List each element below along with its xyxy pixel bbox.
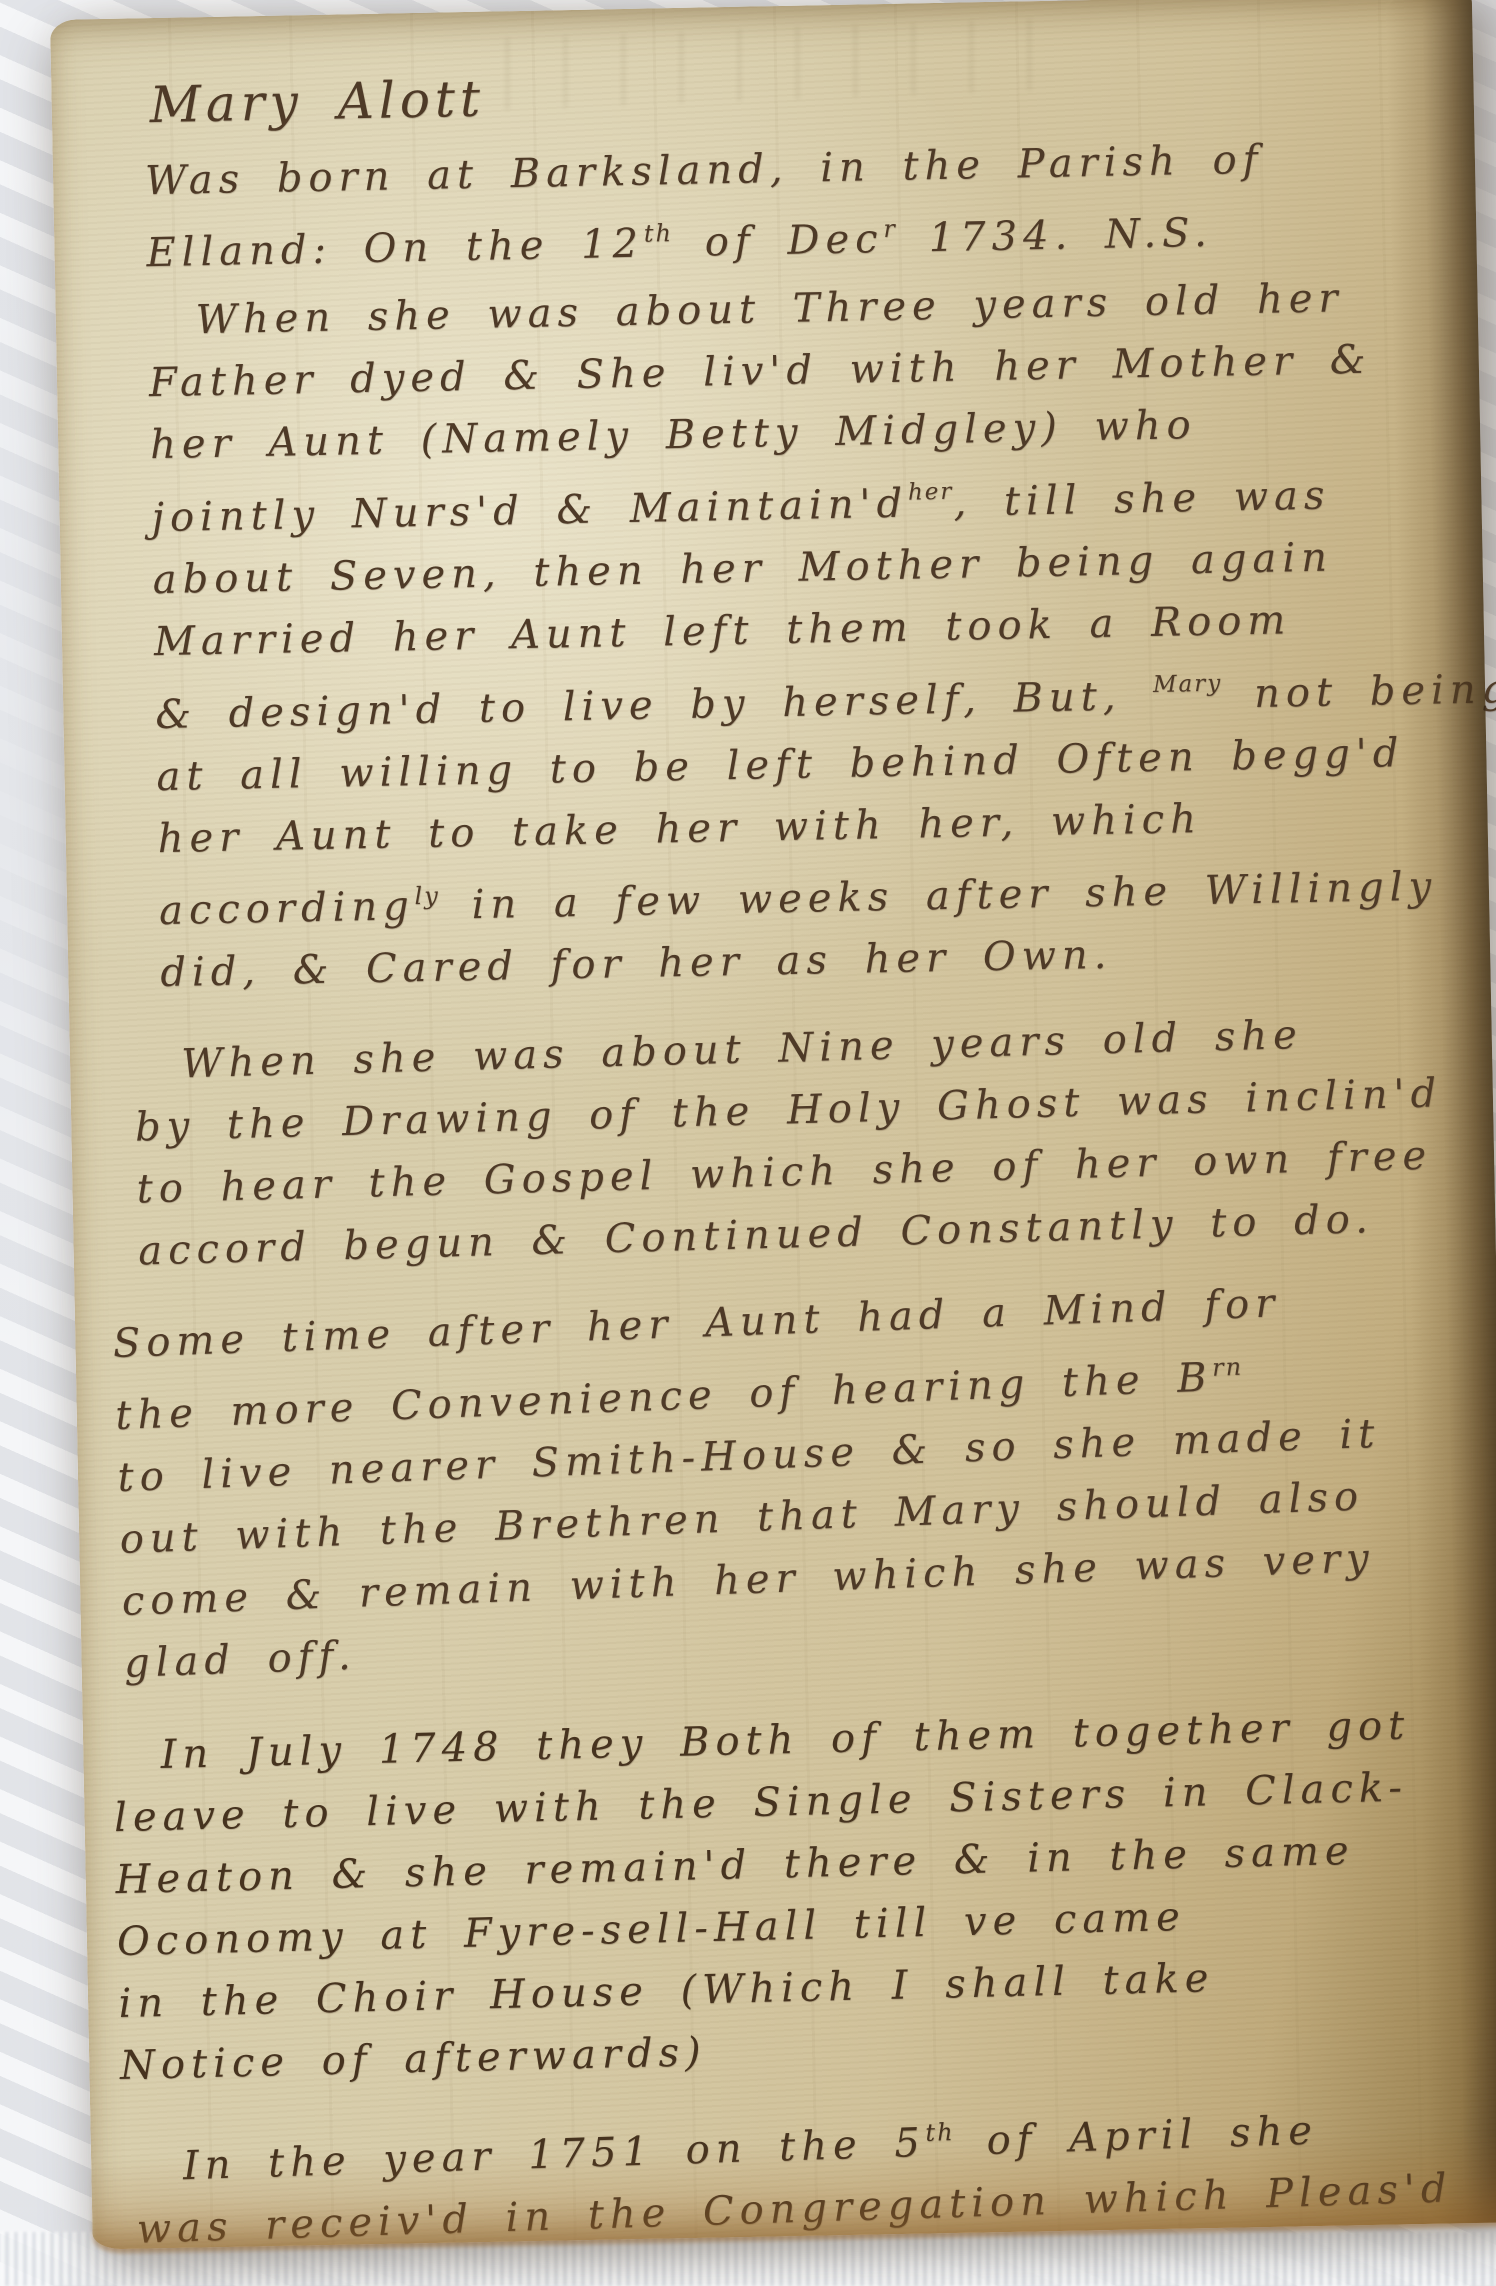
line-text: according [159, 883, 415, 934]
superscript: th [644, 219, 674, 248]
manuscript-page: Mary Alott Was born at Barksland, in the… [50, 0, 1496, 2250]
line-text: Elland: On the 12 [146, 221, 644, 277]
line-text: in a few weeks after she Willingly [439, 864, 1437, 929]
photo-background: Mary Alott Was born at Barksland, in the… [0, 0, 1496, 2286]
line-text: did, & Cared for her as her Own. [160, 932, 1113, 996]
paragraph-single-sisters: In July 1748 they Both of them together … [112, 1693, 1472, 2097]
line-text: & design'd to live by herself, But, [155, 673, 1154, 738]
line-text: not being [1222, 666, 1496, 718]
paragraph-smith-house: Some time after her Aunt had a Mind for … [112, 1266, 1467, 1695]
superscript: th [925, 2118, 955, 2147]
paragraph-birth-record: Was born at Barksland, in the Parish of … [145, 125, 1437, 284]
manuscript-title: Mary Alott [149, 51, 1434, 134]
line-text: glad off. [123, 1633, 357, 1687]
line-text: jointly Nurs'd & Maintain'd [151, 481, 908, 542]
superscript: rn [1212, 1353, 1244, 1382]
paragraph-congregation: In the year 1751 on the 5th of April she… [134, 2085, 1476, 2261]
line-text: of Dec [673, 216, 884, 266]
line-text: of April she [954, 2108, 1318, 2165]
superscript: r [883, 215, 897, 243]
line-text: Notice of afterwards) [119, 2029, 707, 2089]
paragraph-childhood: When she was about Three years old her F… [147, 265, 1450, 1004]
manuscript-content: Mary Alott Was born at Barksland, in the… [50, 0, 1496, 2262]
inserted-word: Mary [1153, 671, 1223, 698]
line-text: 1734. N.S. [897, 210, 1214, 262]
superscript: ly [414, 882, 440, 910]
inserted-word: her [908, 479, 954, 506]
paragraph-gospel: When she was about Nine years old she by… [133, 1000, 1457, 1282]
line-text: , till she was [953, 473, 1331, 526]
